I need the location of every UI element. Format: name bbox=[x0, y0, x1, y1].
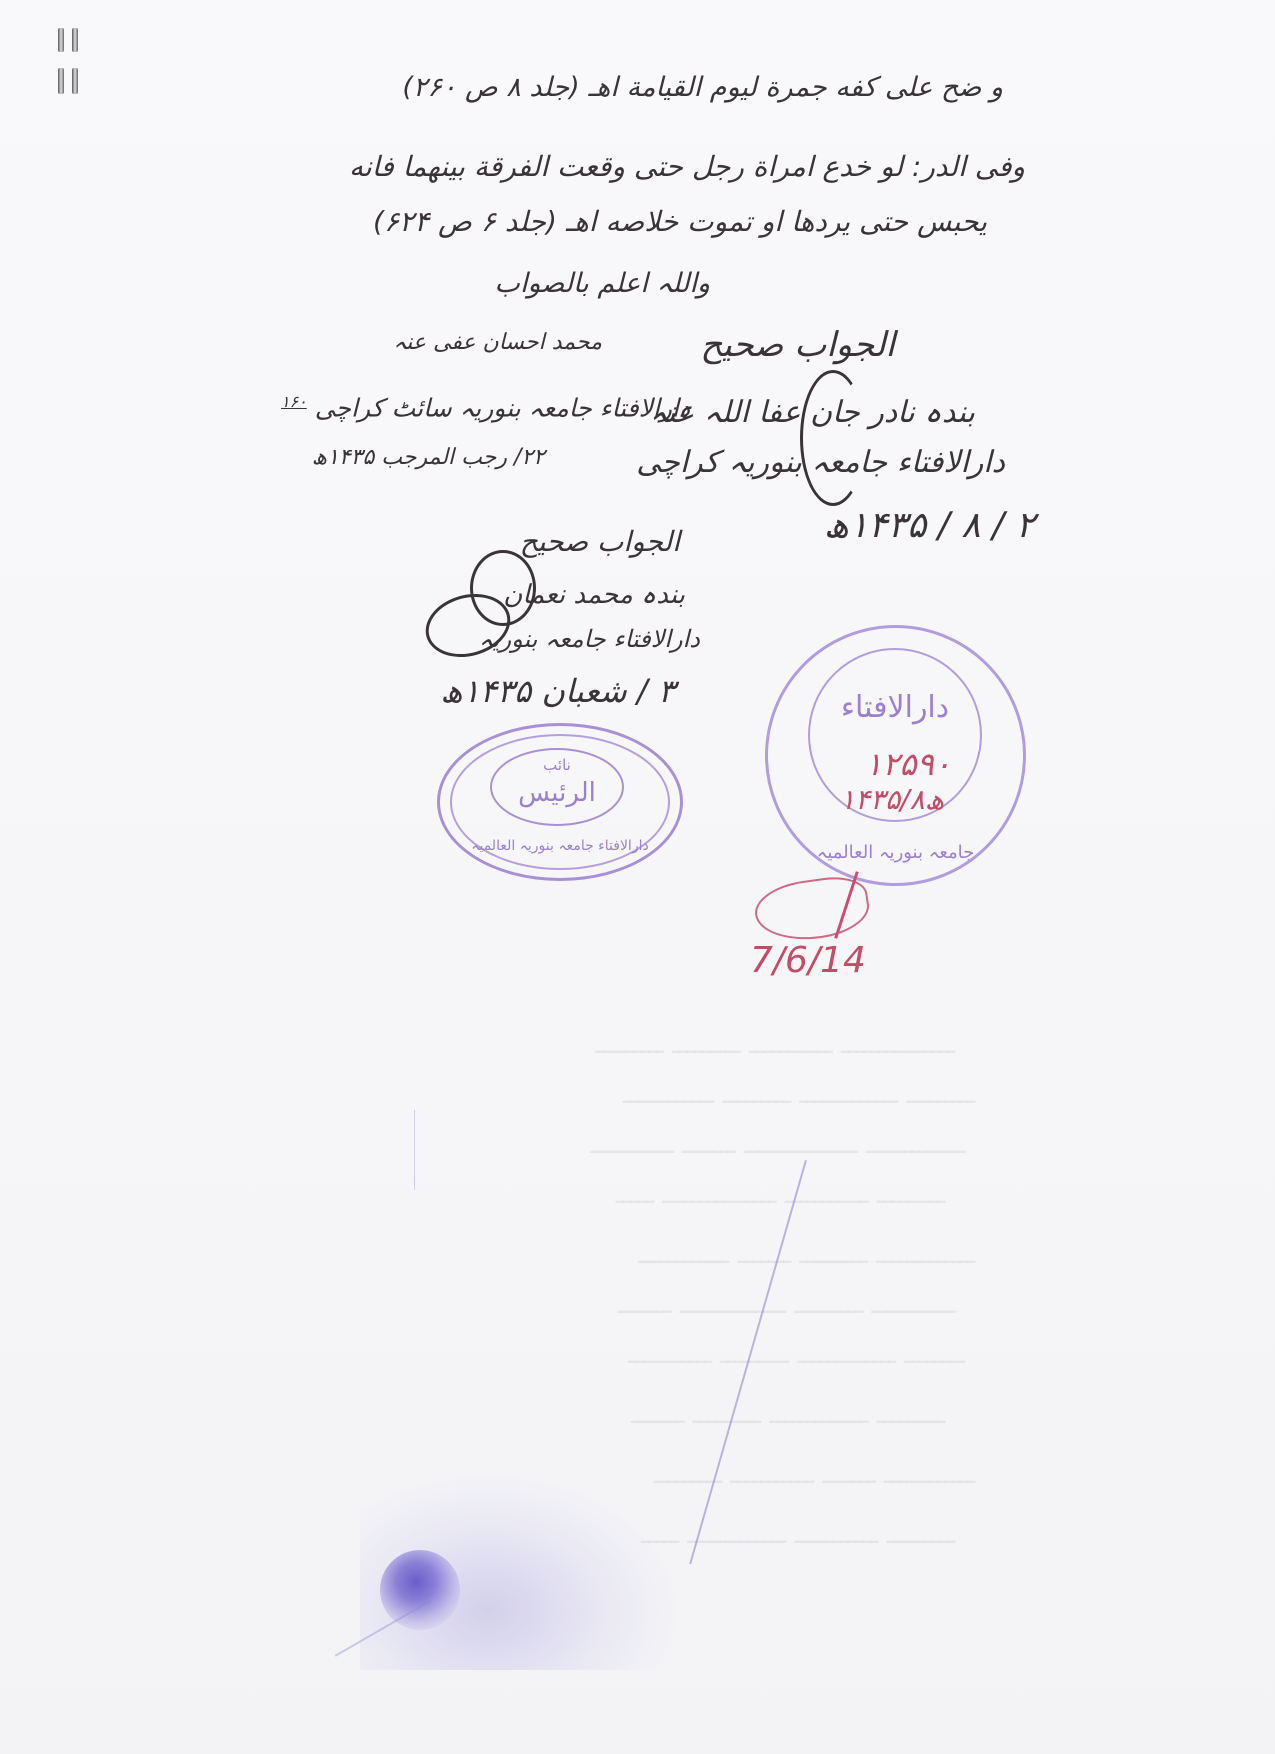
stamp-oval-ring: دارالافتاء جامعہ بنوریہ العالمیہ bbox=[465, 838, 655, 854]
stamp-oval-center: الرئیس bbox=[492, 778, 622, 808]
reference-number: ۱۶۰ bbox=[281, 392, 307, 411]
stamp-round-top: دارالافتاء bbox=[840, 690, 950, 725]
stamp-serial-number: ۱۲۵۹۰ bbox=[865, 745, 951, 783]
body-line-2: وفی الدر: لو خدع امراة رجل حتی وقعت الفر… bbox=[349, 150, 1025, 183]
staple-mark bbox=[72, 68, 78, 94]
closing-phrase: واللہ اعلم بالصواب bbox=[495, 268, 710, 299]
stamp-date: ۱۴۳۵/۸ھ bbox=[840, 783, 944, 816]
endorsement-right-date: ۲ / ۸ / ۱۴۳۵ھ bbox=[824, 505, 1035, 546]
staple-mark bbox=[58, 28, 64, 52]
author-signature: محمد احسان عفی عنہ bbox=[393, 330, 602, 355]
signature-scribble bbox=[470, 550, 536, 626]
body-line-1: و ضح علی کفه جمرة لیوم القیامة اهـ (جلد … bbox=[402, 72, 1003, 103]
issue-date: ۲۲/ رجب المرجب ۱۴۳۵ھ bbox=[312, 445, 545, 470]
ink-blot bbox=[380, 1550, 460, 1630]
endorsement-middle-institution: دارالافتاء جامعہ بنوریہ bbox=[479, 625, 700, 653]
stray-pen-line bbox=[414, 1110, 415, 1190]
oval-stamp: نائب الرئیس دارالافتاء جامعہ بنوریہ العا… bbox=[437, 723, 683, 881]
stamp-round-ring: جامعہ بنوریہ العالمیہ bbox=[778, 842, 1013, 863]
institution-name: دارالافتاء جامعہ بنوریہ سائٹ کراچی bbox=[315, 393, 690, 422]
signature-flourish bbox=[800, 370, 866, 506]
endorsement-middle-date: ۳ / شعبان ۱۴۳۵ھ bbox=[440, 672, 675, 710]
round-stamp: دارالافتاء ۱۲۵۹۰ ۱۴۳۵/۸ھ جامعہ بنوریہ ال… bbox=[765, 625, 1026, 886]
staple-mark bbox=[58, 68, 64, 94]
issuing-institution: دارالافتاء جامعہ بنوریہ سائٹ کراچی ۱۶۰ bbox=[281, 392, 690, 422]
endorsement-middle-title: الجواب صحیح bbox=[520, 525, 680, 558]
body-line-3: یحبس حتی یردها او تموت خلاصه اهـ (جلد ۶ … bbox=[373, 205, 987, 238]
staple-mark bbox=[72, 28, 78, 52]
stamp-oval-top: نائب bbox=[492, 756, 622, 774]
document-page: ـــــــــــــــ ـــــــــــ ـــــــــ ــ… bbox=[0, 0, 1275, 1754]
endorsement-right-title: الجواب صحیح bbox=[700, 325, 895, 365]
red-annotation-date: 7/6/14 bbox=[750, 940, 866, 981]
